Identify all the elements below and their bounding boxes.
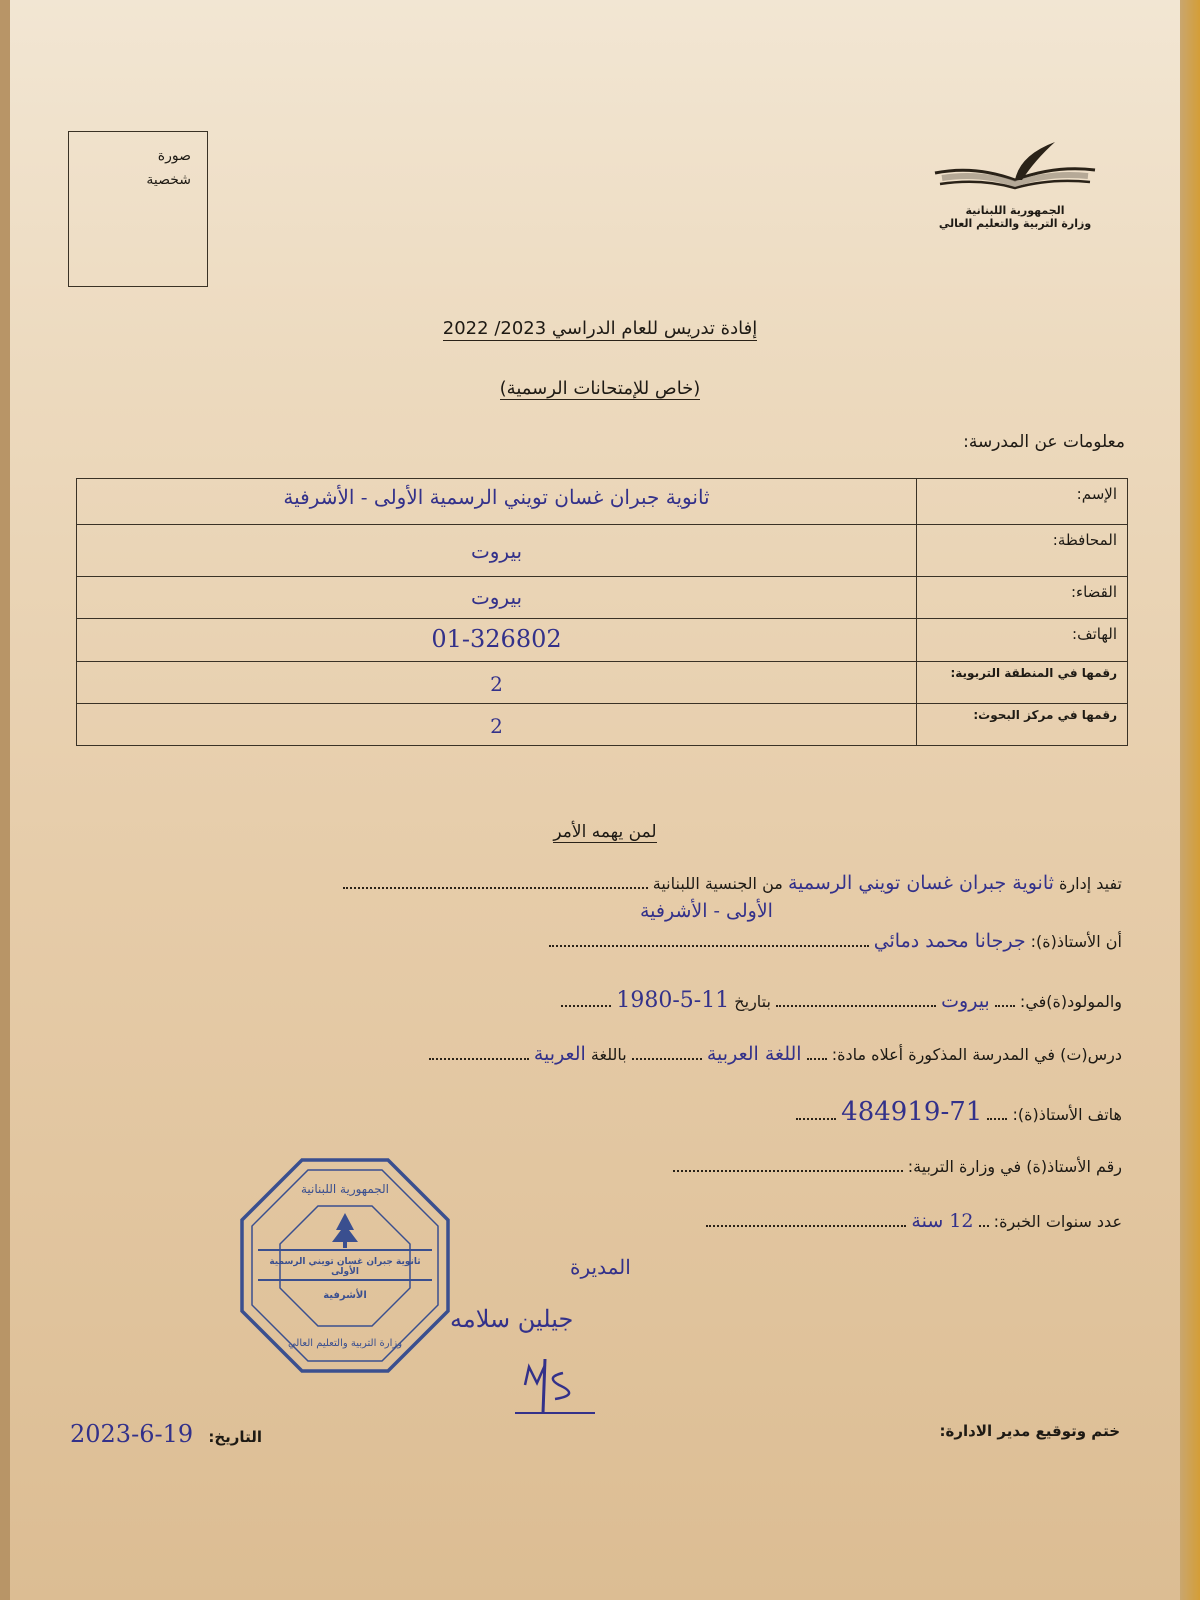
cert-label-teacher-phone: هاتف الأستاذ(ة): [1013, 1105, 1122, 1124]
cert-label-born: والمولود(ة)في: [1020, 992, 1122, 1011]
dotted-line [343, 873, 648, 889]
governorate-value: بيروت [77, 525, 917, 577]
signature-name: جيلين سلامه [450, 1305, 573, 1333]
school-info-table: الإسم: ثانوية جبران غسان تويني الرسمية ا… [76, 478, 1128, 746]
official-stamp: ثانوية جبران غسان تويني الرسمية الأولى ا… [240, 1158, 450, 1373]
dotted-line [429, 1044, 529, 1060]
cert-line-teacher-phone: هاتف الأستاذ(ة): 71-484919 [796, 1097, 1122, 1127]
table-row: رقمها في مركز البحوث: 2 [77, 704, 1128, 746]
cert-line-subject: درس(ت) في المدرسة المذكورة أعلاه مادة: ا… [429, 1043, 1122, 1065]
book-quill-icon [930, 140, 1100, 200]
language-fill: العربية [534, 1043, 586, 1065]
row-label-research-center-number: رقمها في مركز البحوث: [917, 704, 1128, 746]
cert-label-experience: عدد سنوات الخبرة: [994, 1212, 1122, 1231]
cert-line-birth: والمولود(ة)في: بيروت بتاريخ 11-5-1980 [561, 988, 1122, 1013]
row-label-governorate: المحافظة: [917, 525, 1128, 577]
dotted-line [995, 991, 1015, 1007]
cert-school-fill-cont: الأولى - الأشرفية [640, 900, 773, 922]
dotted-line [549, 931, 869, 947]
ministry-logo: الجمهورية اللبنانية وزارة التربية والتعل… [930, 140, 1100, 230]
stamp-ministry: وزارة التربية والتعليم العالي [270, 1338, 420, 1349]
school-phone-value: 01-326802 [77, 619, 917, 662]
birthplace-fill: بيروت [941, 990, 990, 1012]
stamp-country: الجمهورية اللبنانية [280, 1182, 410, 1196]
subject-fill: اللغة العربية [707, 1043, 802, 1065]
cert-label-ministry-number: رقم الأستاذ(ة) في وزارة التربية: [908, 1157, 1122, 1176]
teacher-phone-fill: 71-484919 [841, 1097, 982, 1127]
dotted-line [776, 991, 936, 1007]
school-info-heading: معلومات عن المدرسة: [963, 432, 1125, 452]
page-edge [1180, 0, 1200, 1600]
table-row: الإسم: ثانوية جبران غسان تويني الرسمية ا… [77, 479, 1128, 525]
cert-label-nationality: من الجنسية اللبنانية [653, 874, 783, 893]
cert-school-fill: ثانوية جبران غسان تويني الرسمية [788, 872, 1054, 894]
dotted-line [807, 1044, 827, 1060]
footer-sign-label: ختم وتوقيع مدير الادارة: [940, 1422, 1120, 1440]
teacher-name-fill: جرجانا محمد دمائي [874, 930, 1026, 952]
cert-label-date: بتاريخ [734, 992, 771, 1011]
footer-date: التاريخ: 19-6-2023 [70, 1420, 262, 1448]
table-row: المحافظة: بيروت [77, 525, 1128, 577]
district-value: بيروت [77, 577, 917, 619]
row-label-district: القضاء: [917, 577, 1128, 619]
stamp-district: الأشرفية [300, 1290, 390, 1301]
cert-label-language: باللغة [591, 1045, 627, 1064]
to-whom-heading: لمن يهمه الأمر [540, 822, 670, 842]
birthdate-fill: 11-5-1980 [616, 988, 729, 1013]
cert-label-administration: تفيد إدارة [1059, 874, 1122, 893]
cert-line-ministry-number: رقم الأستاذ(ة) في وزارة التربية: [673, 1155, 1122, 1177]
photo-label-line2: شخصية [146, 168, 191, 192]
document-subtitle: (خاص للإمتحانات الرسمية) [440, 378, 760, 399]
stamp-school-name: ثانوية جبران غسان تويني الرسمية الأولى [258, 1257, 432, 1277]
dotted-line [632, 1044, 702, 1060]
edu-zone-number-value: 2 [77, 662, 917, 704]
photo-box: صورة شخصية [68, 131, 208, 287]
cert-line-teacher: أن الأستاذ(ة): جرجانا محمد دمائي [549, 930, 1122, 952]
dotted-line [796, 1104, 836, 1120]
dotted-line [673, 1156, 903, 1172]
table-row: رقمها في المنطقة التربوية: 2 [77, 662, 1128, 704]
country-name: الجمهورية اللبنانية [930, 204, 1100, 217]
row-label-phone: الهاتف: [917, 619, 1128, 662]
document-title: إفادة تدريس للعام الدراسي 2023/ 2022 [410, 318, 790, 339]
row-label-edu-zone-number: رقمها في المنطقة التربوية: [917, 662, 1128, 704]
school-name-value: ثانوية جبران غسان تويني الرسمية الأولى -… [77, 479, 917, 525]
table-row: القضاء: بيروت [77, 577, 1128, 619]
photo-label-line1: صورة [146, 144, 191, 168]
signature-mark-icon [515, 1355, 595, 1415]
dotted-line [979, 1211, 989, 1227]
ministry-name: وزارة التربية والتعليم العالي [930, 217, 1100, 230]
dotted-line [987, 1104, 1007, 1120]
cert-label-taught: درس(ت) في المدرسة المذكورة أعلاه مادة: [832, 1045, 1122, 1064]
research-center-number-value: 2 [77, 704, 917, 746]
row-label-name: الإسم: [917, 479, 1128, 525]
cert-line-experience: عدد سنوات الخبرة: 12 سنة [706, 1210, 1122, 1232]
dotted-line [561, 991, 611, 1007]
table-row: الهاتف: 01-326802 [77, 619, 1128, 662]
cert-label-teacher: أن الأستاذ(ة): [1031, 932, 1122, 951]
dotted-line [706, 1211, 906, 1227]
cert-line-administration: تفيد إدارة ثانوية جبران غسان تويني الرسم… [343, 872, 1122, 894]
experience-fill: 12 سنة [911, 1210, 973, 1232]
footer-date-value: 19-6-2023 [70, 1420, 193, 1448]
cedar-icon [332, 1213, 358, 1248]
signature-title: المديرة [570, 1255, 631, 1279]
footer-date-label: التاريخ: [208, 1428, 262, 1446]
